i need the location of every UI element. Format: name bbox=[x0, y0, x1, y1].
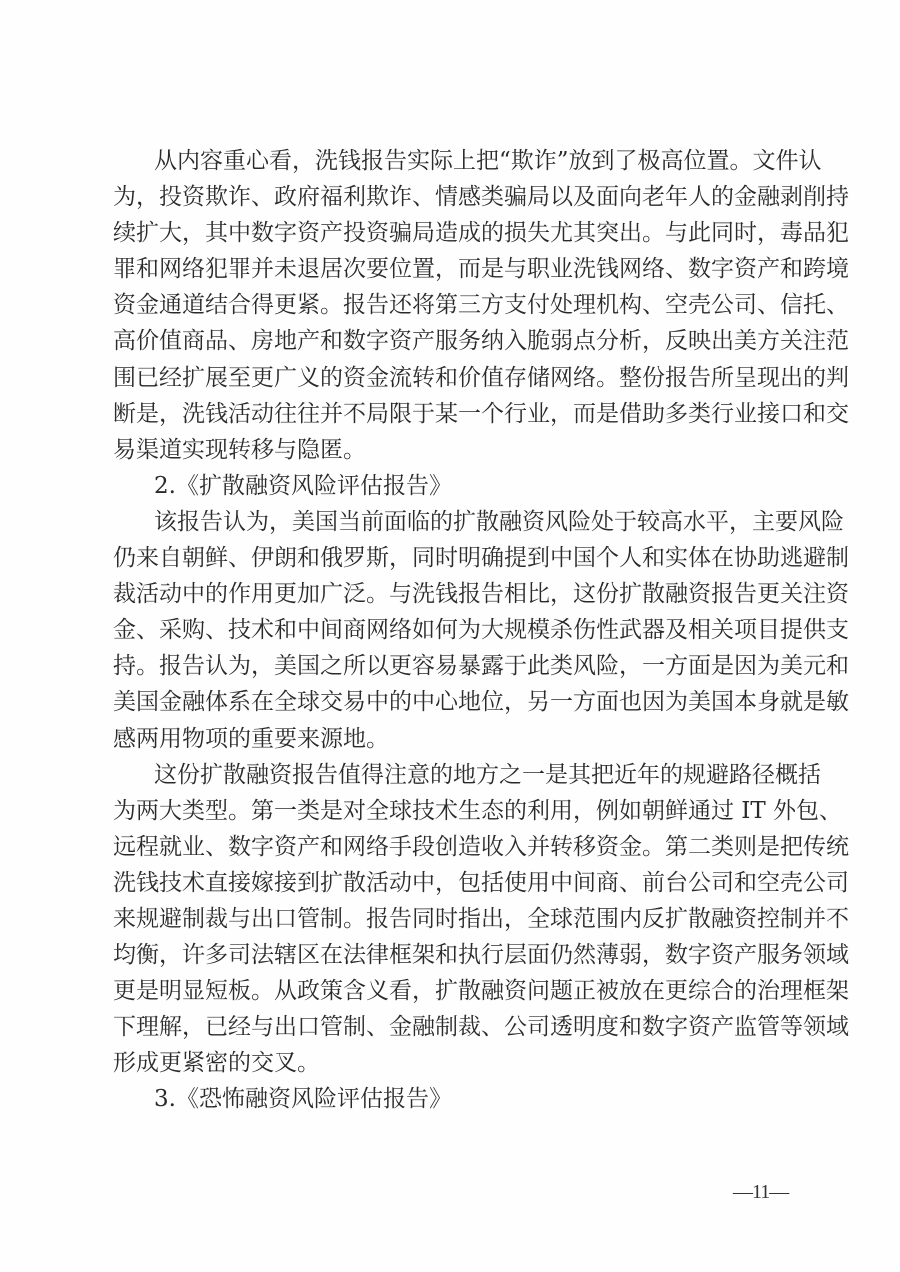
paragraph-line: 这份扩散融资报告值得注意的地方之一是其把近年的规避路径概括 bbox=[113, 757, 788, 793]
paragraph-proliferation-risk: 该报告认为，美国当前面临的扩散融资风险处于较高水平，主要风险 仍来自朝鲜、伊朗和… bbox=[113, 504, 788, 757]
paragraph-line: 金、采购、技术和中间商网络如何为大规模杀伤性武器及相关项目提供支 bbox=[113, 612, 788, 648]
paragraph-line: 美国金融体系在全球交易中的中心地位，另一方面也因为美国本身就是敏 bbox=[113, 684, 788, 720]
paragraph-line: 均衡，许多司法辖区在法律框架和执行层面仍然薄弱，数字资产服务领域 bbox=[113, 937, 788, 973]
section-heading-terrorist-financing: 3.《恐怖融资风险评估报告》 bbox=[113, 1081, 788, 1117]
paragraph-line: 感两用物项的重要来源地。 bbox=[113, 721, 788, 757]
paragraph-line: 从内容重心看，洗钱报告实际上把“欺诈”放到了极高位置。文件认 bbox=[113, 143, 788, 179]
paragraph-line: 易渠道实现转移与隐匿。 bbox=[113, 432, 788, 468]
paragraph-line: 裁活动中的作用更加广泛。与洗钱报告相比，这份扩散融资报告更关注资 bbox=[113, 576, 788, 612]
paragraph-line: 资金通道结合得更紧。报告还将第三方支付处理机构、空壳公司、信托、 bbox=[113, 287, 788, 323]
paragraph-line: 下理解，已经与出口管制、金融制裁、公司透明度和数字资产监管等领域 bbox=[113, 1009, 788, 1045]
section-heading-proliferation-financing: 2.《扩散融资风险评估报告》 bbox=[113, 468, 788, 504]
paragraph-line: 形成更紧密的交叉。 bbox=[113, 1045, 788, 1081]
paragraph-evasion-paths: 这份扩散融资报告值得注意的地方之一是其把近年的规避路径概括 为两大类型。第一类是… bbox=[113, 757, 788, 1082]
document-page: 从内容重心看，洗钱报告实际上把“欺诈”放到了极高位置。文件认 为，投资欺诈、政府… bbox=[0, 0, 900, 1272]
paragraph-line: 为两大类型。第一类是对全球技术生态的利用，例如朝鲜通过 IT 外包、 bbox=[113, 793, 788, 829]
paragraph-line: 洗钱技术直接嫁接到扩散活动中，包括使用中间商、前台公司和空壳公司 bbox=[113, 865, 788, 901]
paragraph-line: 来规避制裁与出口管制。报告同时指出，全球范围内反扩散融资控制并不 bbox=[113, 901, 788, 937]
paragraph-line: 该报告认为，美国当前面临的扩散融资风险处于较高水平，主要风险 bbox=[113, 504, 788, 540]
paragraph-line: 仍来自朝鲜、伊朗和俄罗斯，同时明确提到中国个人和实体在协助逃避制 bbox=[113, 540, 788, 576]
page-number: —11— bbox=[733, 1180, 788, 1204]
paragraph-line: 更是明显短板。从政策含义看，扩散融资问题正被放在更综合的治理框架 bbox=[113, 973, 788, 1009]
paragraph-money-laundering-fraud: 从内容重心看，洗钱报告实际上把“欺诈”放到了极高位置。文件认 为，投资欺诈、政府… bbox=[113, 143, 788, 468]
document-body: 从内容重心看，洗钱报告实际上把“欺诈”放到了极高位置。文件认 为，投资欺诈、政府… bbox=[113, 143, 788, 1118]
paragraph-line: 罪和网络犯罪并未退居次要位置，而是与职业洗钱网络、数字资产和跨境 bbox=[113, 251, 788, 287]
paragraph-line: 围已经扩展至更广义的资金流转和价值存储网络。整份报告所呈现出的判 bbox=[113, 360, 788, 396]
paragraph-line: 断是，洗钱活动往往并不局限于某一个行业，而是借助多类行业接口和交 bbox=[113, 396, 788, 432]
paragraph-line: 续扩大，其中数字资产投资骗局造成的损失尤其突出。与此同时，毒品犯 bbox=[113, 215, 788, 251]
paragraph-line: 远程就业、数字资产和网络手段创造收入并转移资金。第二类则是把传统 bbox=[113, 829, 788, 865]
paragraph-line: 为，投资欺诈、政府福利欺诈、情感类骗局以及面向老年人的金融剥削持 bbox=[113, 179, 788, 215]
paragraph-line: 持。报告认为，美国之所以更容易暴露于此类风险，一方面是因为美元和 bbox=[113, 648, 788, 684]
paragraph-line: 高价值商品、房地产和数字资产服务纳入脆弱点分析，反映出美方关注范 bbox=[113, 323, 788, 359]
